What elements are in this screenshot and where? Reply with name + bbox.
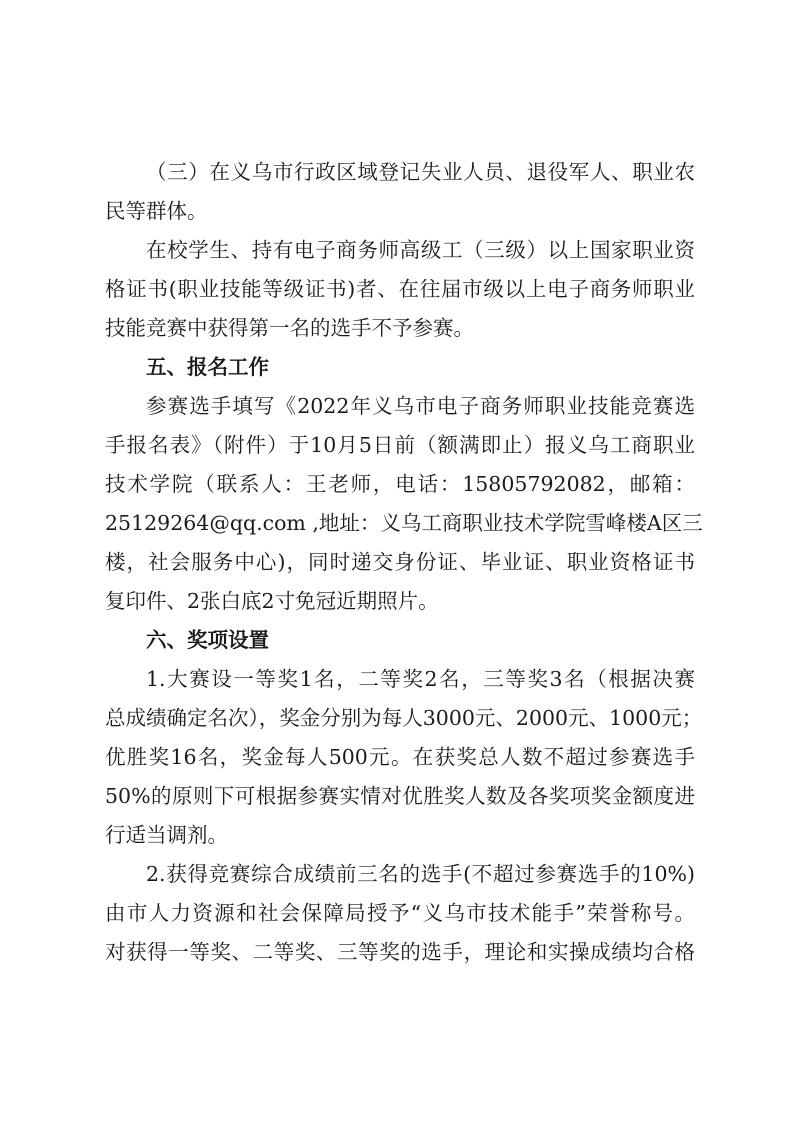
document-page: （三）在义乌市行政区域登记失业人员、退役军人、职业农 民等群体。 在校学生、持有… — [105, 153, 695, 972]
paragraph-line: 1.大赛设一等奖1名，二等奖2名，三等奖3名（根据决赛 — [105, 660, 695, 699]
paragraph-line: 25129264@qq.com ,地址：义乌工商职业技术学院雪峰楼A区三 — [105, 504, 695, 543]
paragraph-line: 复印件、2张白底2寸免冠近期照片。 — [105, 582, 695, 621]
paragraph-line: 技能竞赛中获得第一名的选手不予参赛。 — [105, 309, 695, 348]
section-heading: 五、报名工作 — [105, 348, 695, 387]
paragraph-line: （三）在义乌市行政区域登记失业人员、退役军人、职业农 — [105, 153, 695, 192]
paragraph-line: 行适当调剂。 — [105, 816, 695, 855]
paragraph-line: 2.获得竞赛综合成绩前三名的选手(不超过参赛选手的10%) — [105, 855, 695, 894]
paragraph-line: 由市人力资源和社会保障局授予“义乌市技术能手”荣誉称号。 — [105, 894, 695, 933]
paragraph-line: 对获得一等奖、二等奖、三等奖的选手，理论和实操成绩均合格 — [105, 933, 695, 972]
section-heading: 六、奖项设置 — [105, 621, 695, 660]
paragraph-line: 技术学院（联系人：王老师，电话：15805792082，邮箱： — [105, 465, 695, 504]
paragraph-line: 在校学生、持有电子商务师高级工（三级）以上国家职业资 — [105, 231, 695, 270]
paragraph-line: 优胜奖16名，奖金每人500元。在获奖总人数不超过参赛选手 — [105, 738, 695, 777]
paragraph-line: 50%的原则下可根据参赛实情对优胜奖人数及各奖项奖金额度进 — [105, 777, 695, 816]
paragraph-line: 总成绩确定名次），奖金分别为每人3000元、2000元、1000元； — [105, 699, 695, 738]
paragraph-line: 参赛选手填写《2022年义乌市电子商务师职业技能竞赛选 — [105, 387, 695, 426]
paragraph-line: 民等群体。 — [105, 192, 695, 231]
paragraph-line: 格证书(职业技能等级证书)者、在往届市级以上电子商务师职业 — [105, 270, 695, 309]
paragraph-line: 楼，社会服务中心)，同时递交身份证、毕业证、职业资格证书 — [105, 543, 695, 582]
paragraph-line: 手报名表》（附件）于10月5日前（额满即止）报义乌工商职业 — [105, 426, 695, 465]
